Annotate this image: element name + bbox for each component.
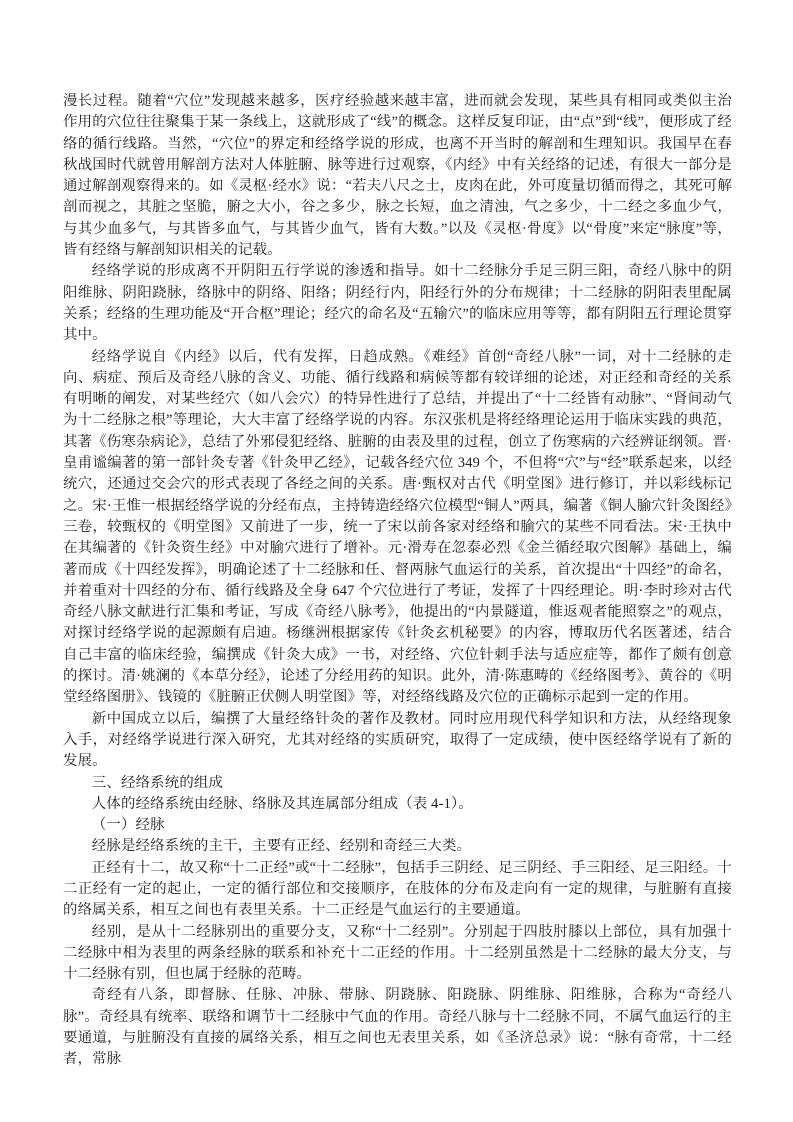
subsection-heading: （一）经脉 (63, 815, 732, 836)
paragraph-continuation: 漫长过程。随着“穴位”发现越来越多，医疗经验越来越丰富，进而就会发现，某些具有相… (63, 91, 732, 261)
paragraph-incomplete: 奇经有八条，即督脉、任脉、冲脉、带脉、阴跷脉、阳跷脉、阴维脉、阳维脉，合称为“奇… (63, 985, 732, 1070)
paragraph: 经别，是从十二经脉别出的重要分支，又称“十二经别”。分别起于四肢肘膝以上部位，具… (63, 922, 732, 986)
paragraph: 新中国成立以后，编撰了大量经络针灸的著作及教材。同时应用现代科学知识和方法，从经… (63, 709, 732, 773)
text-column: 漫长过程。随着“穴位”发现越来越多，医疗经验越来越丰富，进而就会发现，某些具有相… (63, 91, 732, 1071)
document-page: 漫长过程。随着“穴位”发现越来越多，医疗经验越来越丰富，进而就会发现，某些具有相… (0, 0, 793, 1122)
paragraph: 正经有十二，故又称“十二正经”或“十二经脉”，包括手三阴经、足三阴经、手三阳经、… (63, 858, 732, 922)
paragraph: 经脉是经络系统的主干，主要有正经、经别和奇经三大类。 (63, 836, 732, 857)
paragraph: 经络学说自《内经》以后，代有发挥，日趋成熟。《难经》首创“奇经八脉”一词，对十二… (63, 347, 732, 709)
section-heading: 三、经络系统的组成 (63, 773, 732, 794)
paragraph: 经络学说的形成离不开阴阳五行学说的渗透和指导。如十二经脉分手足三阴三阳，奇经八脉… (63, 261, 732, 346)
paragraph: 人体的经络系统由经脉、络脉及其连属部分组成（表 4-1）。 (63, 794, 732, 815)
